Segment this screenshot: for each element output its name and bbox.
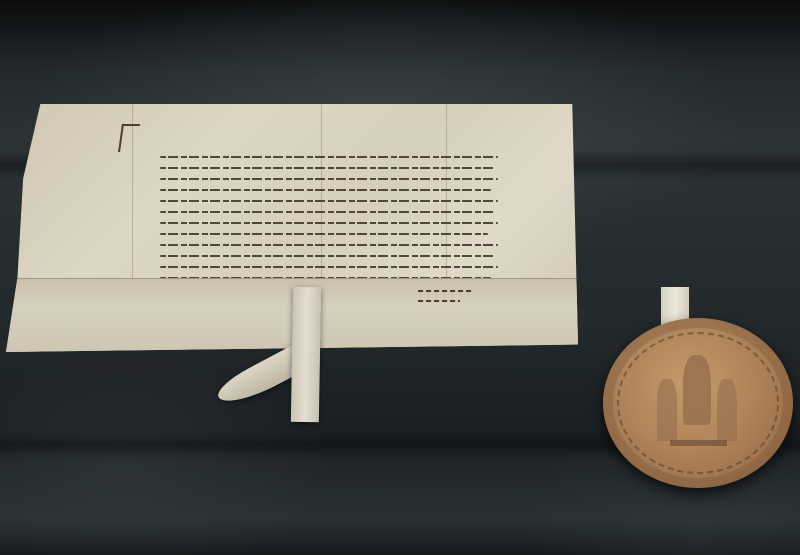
- seal-figures: [683, 355, 711, 425]
- wax-seal: Wax seal: [603, 318, 793, 488]
- seal-base: [670, 440, 727, 446]
- decorated-initial: [118, 124, 140, 152]
- notary-signature: [418, 290, 478, 310]
- parchment-tag: [291, 287, 321, 422]
